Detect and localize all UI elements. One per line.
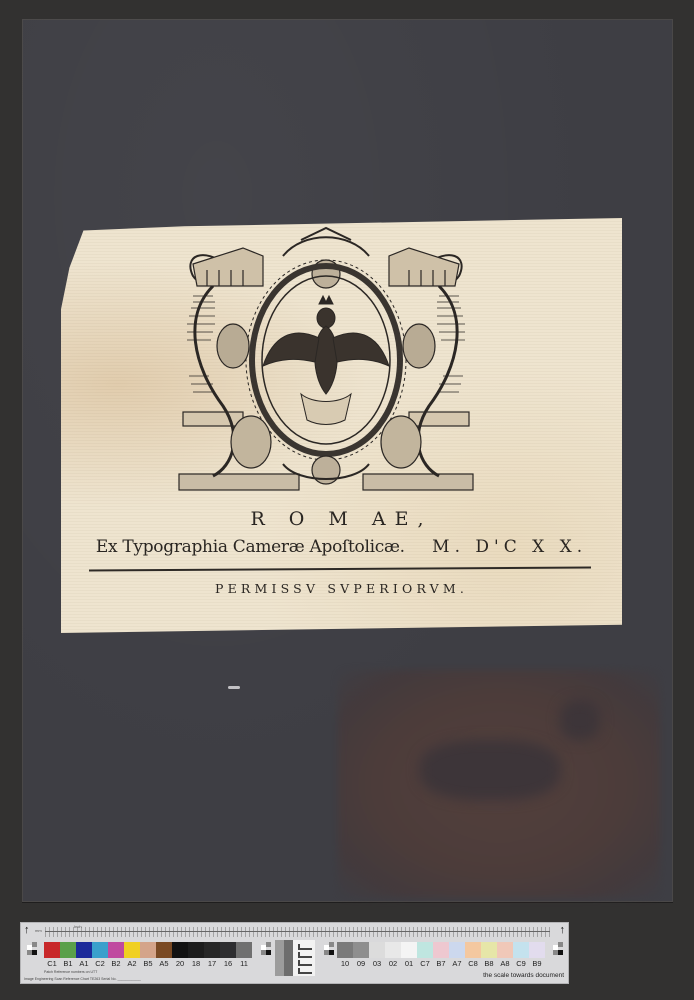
color-patch-label: 02 (385, 959, 401, 968)
color-patch-label: A8 (497, 959, 513, 968)
imprint-publisher: Ex Typographia Cameræ Apoſtolicæ. (96, 537, 405, 557)
offset-blot (420, 740, 560, 800)
color-patch-label: 18 (188, 959, 204, 968)
color-patch-a2 (124, 942, 140, 958)
color-patch-a8 (497, 942, 513, 958)
color-patch-18 (188, 942, 204, 958)
color-patch-b7 (433, 942, 449, 958)
ruler-scale (45, 927, 550, 937)
color-patch-16 (220, 942, 236, 958)
grey-key-center-left (261, 942, 272, 958)
imprint-year: M. D'C X X. (432, 537, 587, 557)
imprint-city: R O M AE, (61, 508, 622, 530)
imprint-line: Ex Typographia Cameræ Apoſtolicæ. M. D'C… (61, 537, 622, 557)
imprint-permission: PERMISSV SVPERIORVM. (61, 581, 622, 596)
color-patch-label: B5 (140, 959, 156, 968)
color-patch-label: B7 (433, 959, 449, 968)
color-patch-20 (172, 942, 188, 958)
grey-wedge (275, 940, 315, 976)
color-patch-label: C1 (44, 959, 60, 968)
color-patch-label: A1 (76, 959, 92, 968)
color-patch-11 (236, 942, 252, 958)
color-patch-c1 (44, 942, 60, 958)
color-patch-label: 17 (204, 959, 220, 968)
color-patch-label: A2 (124, 959, 140, 968)
color-patch-label: 20 (172, 959, 188, 968)
color-patch-17 (204, 942, 220, 958)
color-patch-label: 11 (236, 959, 252, 968)
grey-key-right (553, 942, 564, 958)
color-patch-label: B8 (481, 959, 497, 968)
color-patch-label: B9 (529, 959, 545, 968)
color-patch-c2 (92, 942, 108, 958)
horizontal-rule (89, 566, 591, 571)
color-patch-c9 (513, 942, 529, 958)
color-patch-09 (353, 942, 369, 958)
eagle-emblem-icon (173, 226, 479, 494)
patch-reference-note: Patch Reference numbers on UTT (44, 970, 97, 974)
color-patch-label: C7 (417, 959, 433, 968)
color-patch-label: 03 (369, 959, 385, 968)
grey-key-center-right (324, 942, 335, 958)
board-mark (228, 686, 240, 689)
color-patch-02 (385, 942, 401, 958)
color-patch-label: 10 (337, 959, 353, 968)
color-patch-label: C8 (465, 959, 481, 968)
color-patch-b5 (140, 942, 156, 958)
ruler-unit-label: mm (35, 928, 42, 933)
chart-footer-right: the scale towards document (483, 972, 564, 979)
color-patch-01 (401, 942, 417, 958)
color-patch-label: B1 (60, 959, 76, 968)
color-patch-b9 (529, 942, 545, 958)
title-page-fragment: R O M AE, Ex Typographia Cameræ Apoſtoli… (61, 218, 622, 633)
color-patches-right (337, 942, 545, 958)
color-patch-label: C9 (513, 959, 529, 968)
color-patch-label: 16 (220, 959, 236, 968)
color-patch-c7 (417, 942, 433, 958)
color-patch-label: B2 (108, 959, 124, 968)
color-patch-label: A7 (449, 959, 465, 968)
color-patch-a1 (76, 942, 92, 958)
color-patch-b2 (108, 942, 124, 958)
color-reference-chart: ↑ ↑ mm Inch Patch Reference numbers on U… (20, 922, 569, 984)
color-patch-c8 (465, 942, 481, 958)
color-patch-b1 (60, 942, 76, 958)
color-patch-label: A5 (156, 959, 172, 968)
color-patch-10 (337, 942, 353, 958)
chart-footer-left: Image Engineering Scan Reference Chart T… (24, 977, 141, 981)
color-patch-label: 01 (401, 959, 417, 968)
color-patch-a7 (449, 942, 465, 958)
color-patch-b8 (481, 942, 497, 958)
color-patches-left (44, 942, 252, 958)
offset-blot (560, 700, 600, 740)
ruler-inch-label: Inch (74, 924, 82, 929)
arrow-up-icon: ↑ (560, 925, 566, 936)
grey-key-left (27, 942, 38, 958)
color-patch-label: 09 (353, 959, 369, 968)
color-patch-a5 (156, 942, 172, 958)
color-patch-03 (369, 942, 385, 958)
arrow-up-icon: ↑ (24, 925, 30, 936)
color-patch-label: C2 (92, 959, 108, 968)
ruler-line (45, 931, 550, 932)
